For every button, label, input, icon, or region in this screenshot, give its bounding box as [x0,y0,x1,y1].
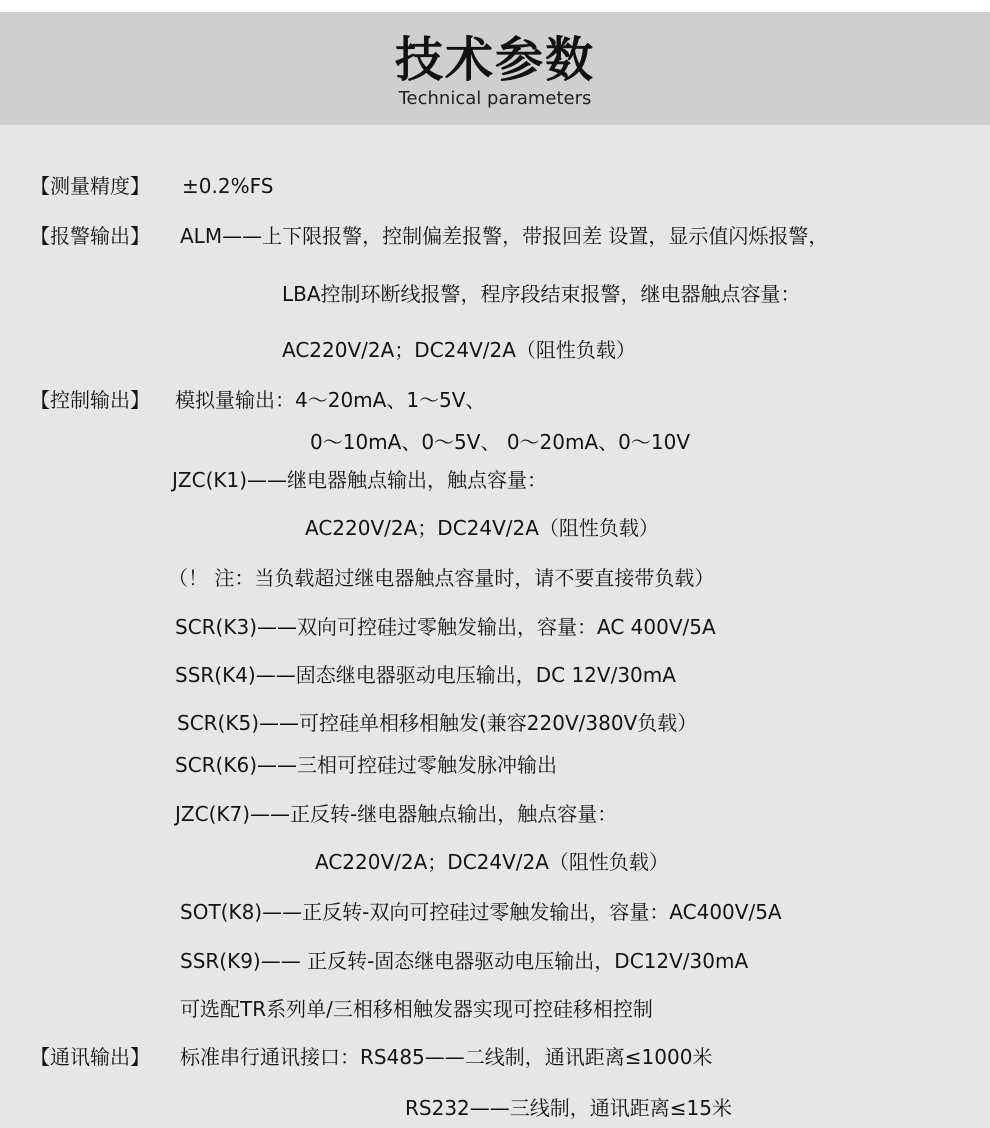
control-line: AC220V/2A；DC24V/2A（阻性负载） [315,848,669,876]
control-line: SSR(K9)—— 正反转-固态继电器驱动电压输出，DC12V/30mA [180,947,748,975]
control-line: SCR(K6)——三相可控硅过零触发脉冲输出 [175,751,557,779]
control-line: 模拟量输出：4～20mA、1～5V、 [175,386,485,414]
section-title: 技术参数 [0,32,990,88]
value-accuracy: ±0.2%FS [182,172,273,200]
control-line: AC220V/2A；DC24V/2A（阻性负载） [305,514,659,542]
section-header: 技术参数 Technical parameters [0,12,990,125]
control-line: SCR(K5)——可控硅单相移相触发(兼容220V/380V负载） [177,709,697,737]
control-line: SSR(K4)——固态继电器驱动电压输出，DC 12V/30mA [175,661,676,689]
label-control: 【控制输出】 [30,386,150,414]
control-line: SOT(K8)——正反转-双向可控硅过零触发输出，容量：AC400V/5A [180,898,782,926]
control-line: JZC(K1)——继电器触点输出，触点容量： [172,466,547,494]
control-line: JZC(K7)——正反转-继电器触点输出，触点容量： [175,800,617,828]
comm-line: RS232——三线制，通讯距离≤15米 [405,1094,732,1122]
control-line: 可选配TR系列单/三相移相触发器实现可控硅移相控制 [180,995,653,1023]
label-comm: 【通讯输出】 [30,1043,150,1071]
control-line: SCR(K3)——双向可控硅过零触发输出，容量：AC 400V/5A [175,613,716,641]
alarm-line: LBA控制环断线报警，程序段结束报警，继电器触点容量： [282,280,801,308]
label-alarm: 【报警输出】 [30,222,150,250]
control-line: 0～10mA、0～5V、 0～20mA、0～10V [310,428,690,456]
section-subtitle: Technical parameters [0,88,990,110]
comm-line: 标准串行通讯接口：RS485——二线制，通讯距离≤1000米 [180,1043,712,1071]
control-line: （！ 注：当负载超过继电器触点容量时，请不要直接带负载） [168,564,714,592]
top-strip [0,0,990,12]
alarm-line: ALM——上下限报警，控制偏差报警，带报回差 设置，显示值闪烁报警， [180,222,828,250]
label-accuracy: 【测量精度】 [30,172,150,200]
alarm-line: AC220V/2A；DC24V/2A（阻性负载） [282,336,636,364]
